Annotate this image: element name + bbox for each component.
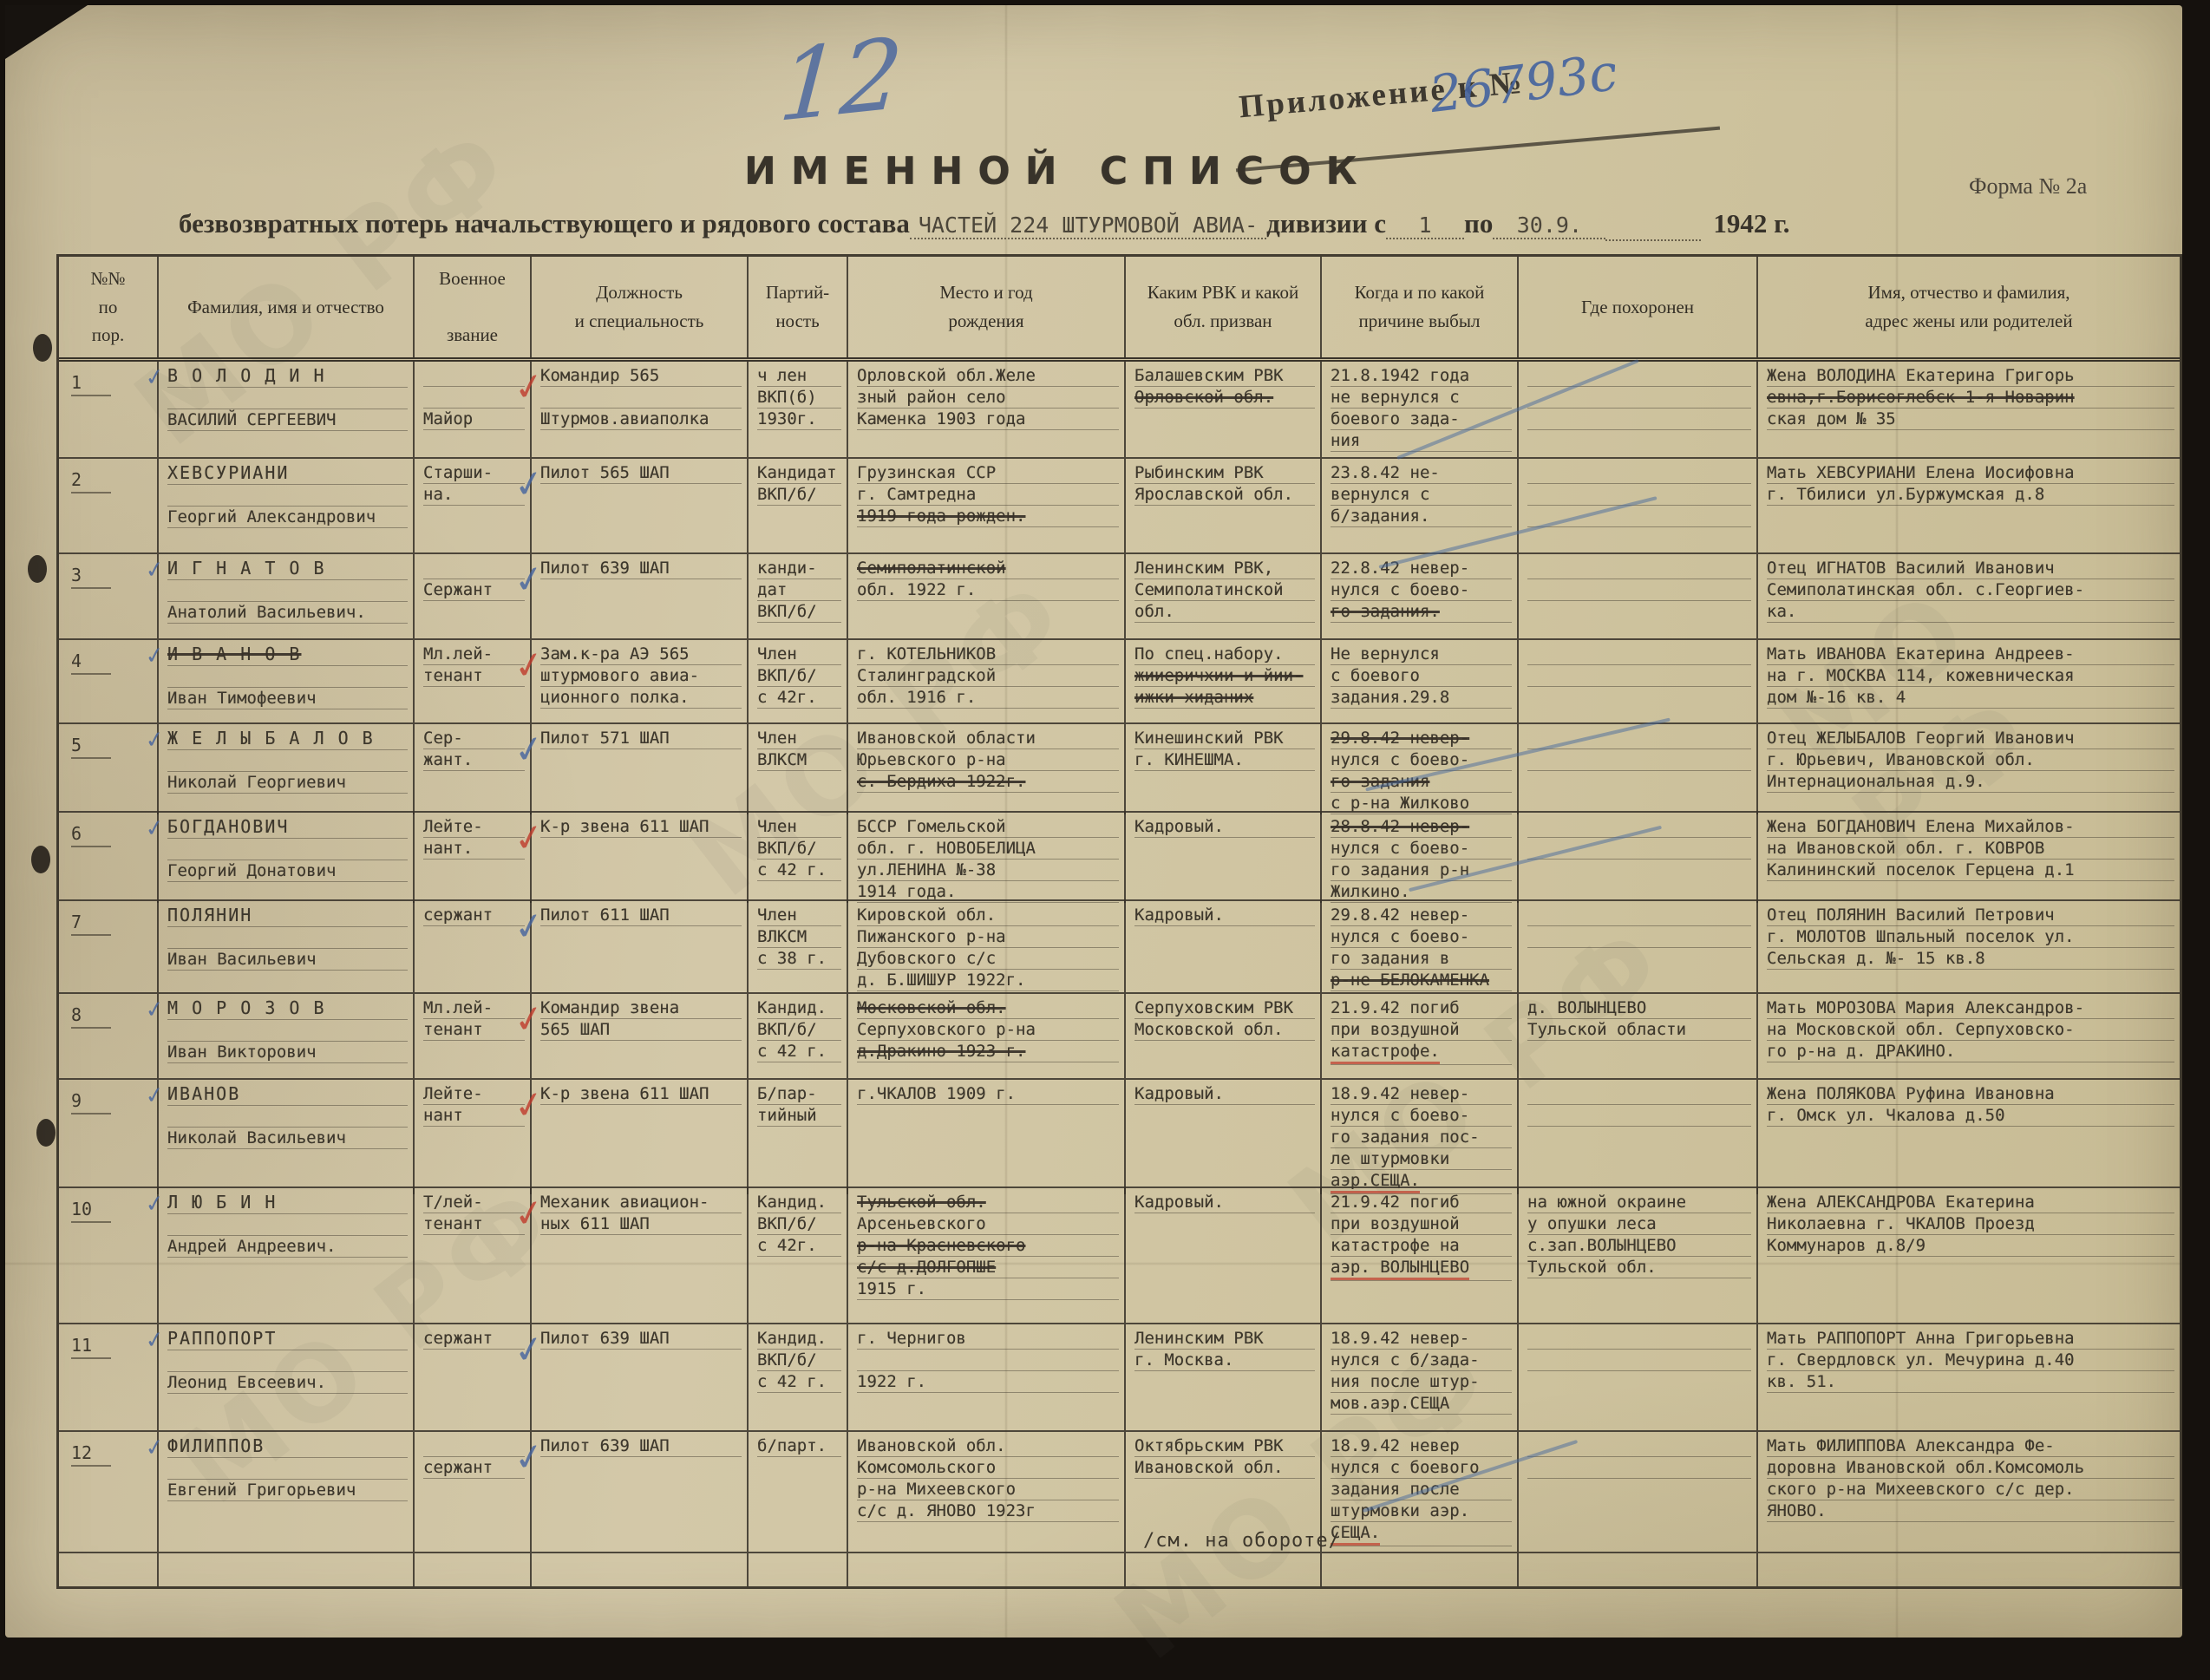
typed-line: тенант: [423, 665, 525, 687]
typed-line: ВКП/б/: [757, 1350, 841, 1371]
paper-hole: [33, 334, 52, 362]
typed-text: Орловской обл.Желе: [857, 366, 1036, 385]
typed-line: на южной окраине: [1527, 1192, 1751, 1213]
table-cell: Жена ПОЛЯКОВА Руфина Ивановнаг. Омск ул.…: [1758, 1080, 2180, 1194]
typed-text: Пилот 639 ШАП: [540, 1436, 670, 1455]
typed-text: Механик авиацион-: [540, 1193, 709, 1212]
typed-text: с 42 г.: [757, 1042, 827, 1061]
typed-text: боевого зада-: [1331, 409, 1460, 428]
typed-line: 18.9.42 невер-: [1331, 1328, 1512, 1350]
row-number: 5: [71, 735, 111, 759]
typed-text: Жена АЛЕКСАНДРОВА Екатерина: [1767, 1193, 2035, 1212]
typed-text: го задания пос-: [1331, 1128, 1480, 1147]
typed-line: [1527, 506, 1751, 527]
typed-text: аэр. ВОЛЫНЦЕВО: [1331, 1257, 1469, 1280]
typed-line: [167, 1020, 408, 1042]
typed-text: Иван Викторович: [167, 1043, 317, 1062]
typed-text: Мать ФИЛИППОВА Александра Фе-: [1767, 1436, 2055, 1455]
table-cell: ✓Пилот 639 ШАП: [532, 554, 749, 638]
typed-line: с боевого: [1331, 665, 1512, 687]
typed-line: Пилот 639 ШАП: [540, 1435, 742, 1457]
table-row: 8✓М О Р О З О ВИван ВикторовичМл.лей-тен…: [59, 994, 2180, 1080]
typed-text: Жилкино.: [1331, 882, 1410, 901]
table-cell: [1322, 1553, 1519, 1586]
typed-text: мов.аэр.СЕЩА: [1331, 1394, 1449, 1413]
typed-text: нулся с боевого: [1331, 1458, 1480, 1477]
typed-line: ВКП/б/: [757, 484, 841, 506]
typed-text: ВЛКСМ: [757, 750, 807, 769]
table-cell: ч ленВКП(б)1930г.: [749, 362, 848, 457]
typed-line: Анатолий Васильевич.: [167, 602, 408, 624]
typed-text: жант.: [423, 750, 473, 769]
table-cell: 21.9.42 погибпри воздушнойкатастрофе.: [1322, 994, 1519, 1078]
typed-text: Тульской обл.: [857, 1193, 986, 1212]
typed-text: Зам.к-ра АЭ 565: [540, 644, 690, 664]
table-cell: ЧленВКП/б/с 42 г.: [749, 813, 848, 903]
header-row-number: №№ по пор.: [59, 257, 159, 357]
paper-hole: [36, 1119, 56, 1147]
typed-line: обл. 1916 г.: [857, 687, 1119, 709]
typed-line: Октябрьским РВК: [1134, 1435, 1315, 1457]
typed-line: боевого зада-: [1331, 409, 1512, 430]
typed-line: на Московской обл. Серпуховско-: [1767, 1019, 2174, 1041]
table-cell: г. КОТЕЛЬНИКОВСталинградскойобл. 1916 г.: [848, 640, 1126, 722]
typed-text: ПОЛЯНИН: [167, 905, 252, 925]
typed-text: д. Б.ШИШУР 1922г.: [857, 971, 1025, 990]
table-cell: ✓К-р звена 611 ШАП: [532, 813, 749, 903]
typed-text: РАППОПОРТ: [167, 1328, 277, 1349]
typed-line: ВЛКСМ: [757, 749, 841, 771]
typed-line: Отец ЖЕЛЫБАЛОВ Георгий Иванович: [1767, 728, 2174, 749]
header-name: Фамилия, имя и отчество: [159, 257, 415, 357]
typed-line: го задания.: [1331, 601, 1512, 623]
table-row: 12✓ФИЛИППОВЕвгений Григорьевичсержант✓Пи…: [59, 1432, 2180, 1553]
typed-line: [1527, 905, 1751, 926]
typed-line: на г. МОСКВА 114, кожевническая: [1767, 665, 2174, 687]
typed-line: д. ВОЛЫНЦЕВО: [1527, 997, 1751, 1019]
typed-text: 21.9.42 погиб: [1331, 998, 1460, 1017]
row-number: 8: [71, 1004, 111, 1029]
typed-text: 29.8.42 невер-: [1331, 729, 1469, 748]
typed-text: с.зап.ВОЛЫНЦЕВО: [1527, 1236, 1677, 1255]
table-cell: Кандид.ВКП/б/с 42 г.: [749, 1324, 848, 1430]
row-number: 6: [71, 823, 111, 847]
typed-text: при воздушной: [1331, 1214, 1460, 1233]
table-cell: М О Р О З О ВИван Викторович: [159, 994, 415, 1078]
typed-text: Отец ПОЛЯНИН Василий Петрович: [1767, 905, 2055, 925]
typed-text: обл. 1916 г.: [857, 688, 976, 707]
typed-line: р-на Михеевского: [857, 1479, 1119, 1500]
typed-line: Грузинская ССР: [857, 462, 1119, 484]
typed-text: нант.: [423, 839, 473, 858]
typed-text: ВКП/б/: [757, 485, 817, 504]
typed-text: Мать МОРОЗОВА Мария Александров-: [1767, 998, 2084, 1017]
table-cell: [415, 1553, 532, 1586]
typed-text: Сельская д. №- 15 кв.8: [1767, 949, 1985, 968]
table-cell: Жена АЛЕКСАНДРОВА ЕкатеринаНиколаевна г.…: [1758, 1188, 2180, 1323]
typed-text: Семиполатинская обл. с.Георгиев-: [1767, 580, 2084, 599]
typed-text: Ивановской обл.: [857, 1436, 1006, 1455]
typed-text: Отец ИГНАТОВ Василий Иванович: [1767, 559, 2055, 578]
typed-line: г.ЧКАЛОВ 1909 г.: [857, 1083, 1119, 1105]
typed-line: канди-: [757, 558, 841, 579]
typed-line: Кандидат: [757, 462, 841, 484]
typed-line: Юрьевского р-на: [857, 749, 1119, 771]
typed-text: 18.9.42 невер: [1331, 1436, 1460, 1455]
typed-line: [167, 1458, 408, 1480]
table-cell: 29.8.42 невер-нулся с боево-го задания в…: [1322, 901, 1519, 992]
typed-text: Старши-: [423, 463, 493, 482]
table-cell: РАППОПОРТЛеонид Евсеевич.: [159, 1324, 415, 1430]
typed-line: с.зап.ВОЛЫНЦЕВО: [1527, 1235, 1751, 1257]
typed-text: г. КИНЕШМА.: [1134, 750, 1244, 769]
typed-text: Орловской обл.: [1134, 388, 1273, 407]
typed-line: ле штурмовки: [1331, 1148, 1512, 1170]
typed-line: катастрофе на: [1331, 1235, 1512, 1257]
table-cell: Мать РАППОПОРТ Анна Григорьевнаг. Свердл…: [1758, 1324, 2180, 1430]
typed-line: ВКП/б/: [757, 838, 841, 860]
table-cell: ХЕВСУРИАНИГеоргий Александрович: [159, 459, 415, 552]
table-cell: [1519, 640, 1758, 722]
typed-line: 21.9.42 погиб: [1331, 997, 1512, 1019]
typed-line: [1527, 365, 1751, 387]
typed-line: нулся с боево-: [1331, 1105, 1512, 1127]
typed-text: Жена БОГДАНОВИЧ Елена Михайлов-: [1767, 817, 2075, 836]
table-cell: ✓Командир звена565 ШАП: [532, 994, 749, 1078]
typed-text: ского р-на Михеевского с/с дер.: [1767, 1480, 2075, 1499]
typed-text: 21.9.42 погиб: [1331, 1193, 1460, 1212]
typed-text: дат: [757, 580, 787, 599]
table-cell: Ивановской обл.Комсомольскогор-на Михеев…: [848, 1432, 1126, 1552]
typed-text: К-р звена 611 ШАП: [540, 817, 709, 836]
typed-line: нулся с б/зада-: [1331, 1350, 1512, 1371]
typed-line: [1527, 1328, 1751, 1350]
table-cell: [1519, 901, 1758, 992]
typed-line: Семиполатинская обл. с.Георгиев-: [1767, 579, 2174, 601]
typed-text: 1930г.: [757, 409, 817, 428]
typed-line: Пижанского р-на: [857, 926, 1119, 948]
table-cell: ✓Пилот 571 ШАП: [532, 724, 749, 814]
typed-line: 1915 г.: [857, 1278, 1119, 1300]
typed-line: Мать РАППОПОРТ Анна Григорьевна: [1767, 1328, 2174, 1350]
typed-line: штурмовки аэр.: [1331, 1500, 1512, 1522]
typed-line: Георгий Донатович: [167, 860, 408, 882]
typed-text: Калининский поселок Герцена д.1: [1767, 860, 2075, 879]
typed-line: К-р звена 611 ШАП: [540, 816, 742, 838]
table-cell: БОГДАНОВИЧГеоргий Донатович: [159, 813, 415, 903]
typed-line: Пилот 639 ШАП: [540, 1328, 742, 1350]
table-row: 3✓И Г Н А Т О ВАнатолий Васильевич.Сержа…: [59, 554, 2180, 640]
typed-line: Жена АЛЕКСАНДРОВА Екатерина: [1767, 1192, 2174, 1213]
typed-text: Б/пар-: [757, 1084, 817, 1103]
typed-line: Сержант: [423, 579, 525, 601]
typed-line: г. Юрьевич, Ивановской обл.: [1767, 749, 2174, 771]
typed-line: Серпуховским РВК: [1134, 997, 1315, 1019]
typed-text: Жена ВОЛОДИНА Екатерина Григорь: [1767, 366, 2075, 385]
typed-line: при воздушной: [1331, 1213, 1512, 1235]
typed-line: сержант: [423, 905, 525, 926]
table-cell: 29.8.42 невер-нулся с боево-го заданияс …: [1322, 724, 1519, 814]
typed-text: г. Юрьевич, Ивановской обл.: [1767, 750, 2035, 769]
typed-line: В О Л О Д И Н: [167, 365, 408, 388]
typed-text: ле штурмовки: [1331, 1149, 1449, 1168]
typed-text: с 38 г.: [757, 949, 827, 968]
typed-line: Семиполатинской: [857, 558, 1119, 579]
typed-line: 18.9.42 невер-: [1331, 1083, 1512, 1105]
typed-line: 29.8.42 невер-: [1331, 905, 1512, 926]
typed-line: Жена ПОЛЯКОВА Руфина Ивановна: [1767, 1083, 2174, 1105]
typed-line: нулся с боево-: [1331, 579, 1512, 601]
typed-line: го задания пос-: [1331, 1127, 1512, 1148]
table-cell: 22.8.42 невер-нулся с боево-го задания.: [1322, 554, 1519, 638]
typed-text: дом №-16 кв. 4: [1767, 688, 1906, 707]
typed-text: Кадровый.: [1134, 1084, 1224, 1103]
typed-text: ВКП/б/: [757, 1020, 817, 1039]
typed-text: Отец ЖЕЛЫБАЛОВ Георгий Иванович: [1767, 729, 2075, 748]
typed-line: Кандид.: [757, 997, 841, 1019]
typed-line: 1914 года.: [857, 881, 1119, 903]
typed-line: Евгений Григорьевич: [167, 1480, 408, 1501]
typed-text: 18.9.42 невер-: [1331, 1329, 1469, 1348]
typed-line: [1527, 1350, 1751, 1371]
typed-text: Семиполатинской: [857, 559, 1006, 578]
typed-text: Рыбинским РВК: [1134, 463, 1264, 482]
typed-text: Пилот 639 ШАП: [540, 1329, 670, 1348]
typed-line: мов.аэр.СЕЩА: [1331, 1393, 1512, 1415]
paper-hole: [31, 846, 50, 873]
typed-line: р-не БЕЛОКАМЕНКА: [1331, 970, 1512, 991]
typed-line: Т/лей-: [423, 1192, 525, 1213]
row-number-cell: 9✓: [59, 1080, 159, 1194]
typed-text: тенант: [423, 666, 483, 685]
typed-line: нулся с боево-: [1331, 926, 1512, 948]
table-cell: И В А Н О ВИван Тимофеевич: [159, 640, 415, 722]
header-birthplace: Место и год рождения: [848, 257, 1126, 357]
typed-line: Иван Тимофеевич: [167, 688, 408, 709]
typed-line: тенант: [423, 1213, 525, 1235]
typed-text: Георгий Александрович: [167, 507, 376, 526]
typed-text: 565 ШАП: [540, 1020, 610, 1039]
typed-text: БОГДАНОВИЧ: [167, 816, 289, 837]
typed-line: [1527, 558, 1751, 579]
typed-text: б/задания.: [1331, 507, 1429, 526]
table-cell: Жена БОГДАНОВИЧ Елена Михайлов-на Иванов…: [1758, 813, 2180, 903]
typed-line: ского р-на Михеевского с/с дер.: [1767, 1479, 2174, 1500]
typed-text: Лейте-: [423, 817, 483, 836]
typed-text: ВКП/б/: [757, 1214, 817, 1233]
typed-line: [423, 365, 525, 387]
typed-line: Член: [757, 905, 841, 926]
typed-text: го задания.: [1331, 602, 1440, 621]
typed-text: Кинешинский РВК: [1134, 729, 1284, 748]
typed-text: нант: [423, 1106, 463, 1125]
typed-line: ВКП/б/: [757, 601, 841, 623]
typed-line: б/задания.: [1331, 506, 1512, 527]
table-cell: И Г Н А Т О ВАнатолий Васильевич.: [159, 554, 415, 638]
table-cell: канди-датВКП/б/: [749, 554, 848, 638]
typed-line: Георгий Александрович: [167, 507, 408, 528]
typed-text: Комсомольского: [857, 1458, 996, 1477]
typed-line: Старши-: [423, 462, 525, 484]
typed-text: штурмового авиа-: [540, 666, 699, 685]
table-cell: Жена ВОЛОДИНА Екатерина Григорьевна,г.Бо…: [1758, 362, 2180, 457]
typed-line: 29.8.42 невер-: [1331, 728, 1512, 749]
typed-text: ВКП/б/: [757, 602, 817, 621]
typed-line: г. Чернигов: [857, 1328, 1119, 1350]
dotted-filler: [1605, 208, 1701, 241]
table-cell: По спец.набору.жииеричхии и йии-ижки хид…: [1126, 640, 1322, 722]
typed-line: Кадровый.: [1134, 905, 1315, 926]
typed-text: Ивановской области: [857, 729, 1036, 748]
typed-line: [167, 1214, 408, 1236]
typed-text: Командир звена: [540, 998, 679, 1017]
typed-text: Мл.лей-: [423, 644, 493, 664]
table-cell: ПОЛЯНИНИван Васильевич: [159, 901, 415, 992]
typed-line: г. Свердловск ул. Мечурина д.40: [1767, 1350, 2174, 1371]
table-row: 6✓БОГДАНОВИЧГеоргий ДонатовичЛейте-нант.…: [59, 813, 2180, 901]
typed-line: [423, 1435, 525, 1457]
typed-line: ХЕВСУРИАНИ: [167, 462, 408, 485]
typed-line: 1919 года рожден.: [857, 506, 1119, 527]
typed-text: обл. 1922 г.: [857, 580, 976, 599]
row-number: 1: [71, 372, 111, 396]
typed-text: сержант: [423, 1458, 493, 1477]
typed-line: Мать МОРОЗОВА Мария Александров-: [1767, 997, 2174, 1019]
typed-text: Член: [757, 905, 797, 925]
typed-text: Кадровый.: [1134, 817, 1224, 836]
header-burial-place: Где похоронен: [1519, 257, 1758, 357]
typed-line: ВКП(б): [757, 387, 841, 409]
table-cell: Ж Е Л Ы Б А Л О ВНиколай Георгиевич: [159, 724, 415, 814]
typed-text: К-р звена 611 ШАП: [540, 1084, 709, 1103]
typed-line: [167, 580, 408, 602]
typed-line: [540, 387, 742, 409]
table-body: 1✓В О Л О Д И НВАСИЛИЙ СЕРГЕЕВИЧМайор✓Ко…: [59, 362, 2180, 1586]
typed-line: ния после штур-: [1331, 1371, 1512, 1393]
typed-text: с 42 г.: [757, 1372, 827, 1391]
typed-text: В О Л О Д И Н: [167, 365, 326, 386]
typed-text: катастрофе на: [1331, 1236, 1460, 1255]
typed-line: тийный: [757, 1105, 841, 1127]
row-number: 3: [71, 565, 111, 589]
typed-text: тенант: [423, 1214, 483, 1233]
typed-text: 21.8.1942 года: [1331, 366, 1469, 385]
typed-text: По спец.набору.: [1134, 644, 1284, 664]
typed-line: [1527, 816, 1751, 838]
typed-line: ВАСИЛИЙ СЕРГЕЕВИЧ: [167, 409, 408, 431]
table-cell: Т/лей-тенант: [415, 1188, 532, 1323]
typed-line: [1527, 926, 1751, 948]
typed-text: Ленинским РВК,: [1134, 559, 1273, 578]
typed-line: го задания в: [1331, 948, 1512, 970]
typed-line: тенант: [423, 1019, 525, 1041]
row-number: 7: [71, 912, 111, 936]
typed-line: Комсомольского: [857, 1457, 1119, 1479]
typed-line: дом №-16 кв. 4: [1767, 687, 2174, 709]
typed-line: Член: [757, 644, 841, 665]
typed-text: б/парт.: [757, 1436, 827, 1455]
typed-line: Тульской области: [1527, 1019, 1751, 1041]
typed-text: 29.8.42 невер-: [1331, 905, 1469, 925]
table-cell: Мать МОРОЗОВА Мария Александров-на Моско…: [1758, 994, 2180, 1078]
row-number: 12: [71, 1442, 111, 1467]
typed-line: Член: [757, 816, 841, 838]
typed-text: ВАСИЛИЙ СЕРГЕЕВИЧ: [167, 410, 336, 429]
typed-text: Жена ПОЛЯКОВА Руфина Ивановна: [1767, 1084, 2055, 1103]
table-cell: Серпуховским РВКМосковской обл.: [1126, 994, 1322, 1078]
typed-line: Серпуховского р-на: [857, 1019, 1119, 1041]
typed-line: Кадровый.: [1134, 1192, 1315, 1213]
table-cell: Отец ЖЕЛЫБАЛОВ Георгий Ивановичг. Юрьеви…: [1758, 724, 2180, 814]
table-cell: Ленинским РВКг. Москва.: [1126, 1324, 1322, 1430]
table-cell: Кинешинский РВКг. КИНЕШМА.: [1126, 724, 1322, 814]
row-number: 11: [71, 1335, 111, 1359]
typed-line: обл. г. НОВОБЕЛИЦА: [857, 838, 1119, 860]
typed-line: ка.: [1767, 601, 2174, 623]
typed-line: ижки хиданих: [1134, 687, 1315, 709]
table-row: 1✓В О Л О Д И НВАСИЛИЙ СЕРГЕЕВИЧМайор✓Ко…: [59, 362, 2180, 459]
typed-text: Кандид.: [757, 998, 827, 1017]
typed-text: Георгий Донатович: [167, 861, 336, 880]
typed-line: Леонид Евсеевич.: [167, 1372, 408, 1394]
typed-text: 1922 г.: [857, 1372, 926, 1391]
typed-text: ВКП(б): [757, 388, 817, 407]
typed-line: 21.8.1942 года: [1331, 365, 1512, 387]
casualty-table: №№ по пор. Фамилия, имя и отчество Военн…: [56, 254, 2182, 1589]
table-header-row: №№ по пор. Фамилия, имя и отчество Военн…: [59, 257, 2180, 362]
table-cell: ИВАНОВНиколай Васильевич: [159, 1080, 415, 1194]
typed-line: [167, 1106, 408, 1128]
typed-line: 22.8.42 невер-: [1331, 558, 1512, 579]
table-row: 9✓ИВАНОВНиколай ВасильевичЛейте-нант✓К-р…: [59, 1080, 2180, 1188]
typed-text: Л Ю Б И Н: [167, 1192, 277, 1213]
typed-line: Мать ИВАНОВА Екатерина Андреев-: [1767, 644, 2174, 665]
typed-text: евна,г.Борисоглебск 1-я Новарин: [1767, 388, 2075, 407]
typed-line: ПОЛЯНИН: [167, 905, 408, 927]
typed-line: [167, 388, 408, 409]
typed-line: Сталинградской: [857, 665, 1119, 687]
typed-text: Сер-: [423, 729, 463, 748]
typed-line: Кадровый.: [1134, 1083, 1315, 1105]
typed-line: Член: [757, 728, 841, 749]
typed-text: Балашевским РВК: [1134, 366, 1284, 385]
row-number-cell: 7: [59, 901, 159, 992]
typed-line: Дубовского с/с: [857, 948, 1119, 970]
typed-line: на Ивановской обл. г. КОВРОВ: [1767, 838, 2174, 860]
table-cell: ✓Пилот 639 ШАП: [532, 1432, 749, 1552]
typed-line: г. Самтредна: [857, 484, 1119, 506]
typed-text: с боевого: [1331, 666, 1420, 685]
typed-text: ИВАНОВ: [167, 1083, 240, 1104]
typed-line: ВКП/б/: [757, 665, 841, 687]
typed-line: Кандид.: [757, 1192, 841, 1213]
typed-line: сержант: [423, 1328, 525, 1350]
subtitle-printed-division: дивизии с: [1266, 208, 1386, 239]
subtitle-typed-unit: ЧАСТЕЙ 224 ШТУРМОВОЙ АВИА-: [910, 212, 1266, 239]
typed-line: при воздушной: [1331, 1019, 1512, 1041]
typed-line: с 42г.: [757, 1235, 841, 1257]
form-number-label: Форма № 2а: [1969, 173, 2087, 199]
typed-text: жииеричхии и йии-: [1134, 666, 1303, 685]
table-cell: [159, 1553, 415, 1586]
typed-line: г. МОЛОТОВ Шпальный поселок ул.: [1767, 926, 2174, 948]
typed-line: 565 ШАП: [540, 1019, 742, 1041]
header-rank: Военное звание: [415, 257, 532, 357]
table-cell: ✓Пилот 565 ШАП: [532, 459, 749, 552]
typed-line: По спец.набору.: [1134, 644, 1315, 665]
row-number-cell: 12✓: [59, 1432, 159, 1552]
typed-line: [1527, 665, 1751, 687]
